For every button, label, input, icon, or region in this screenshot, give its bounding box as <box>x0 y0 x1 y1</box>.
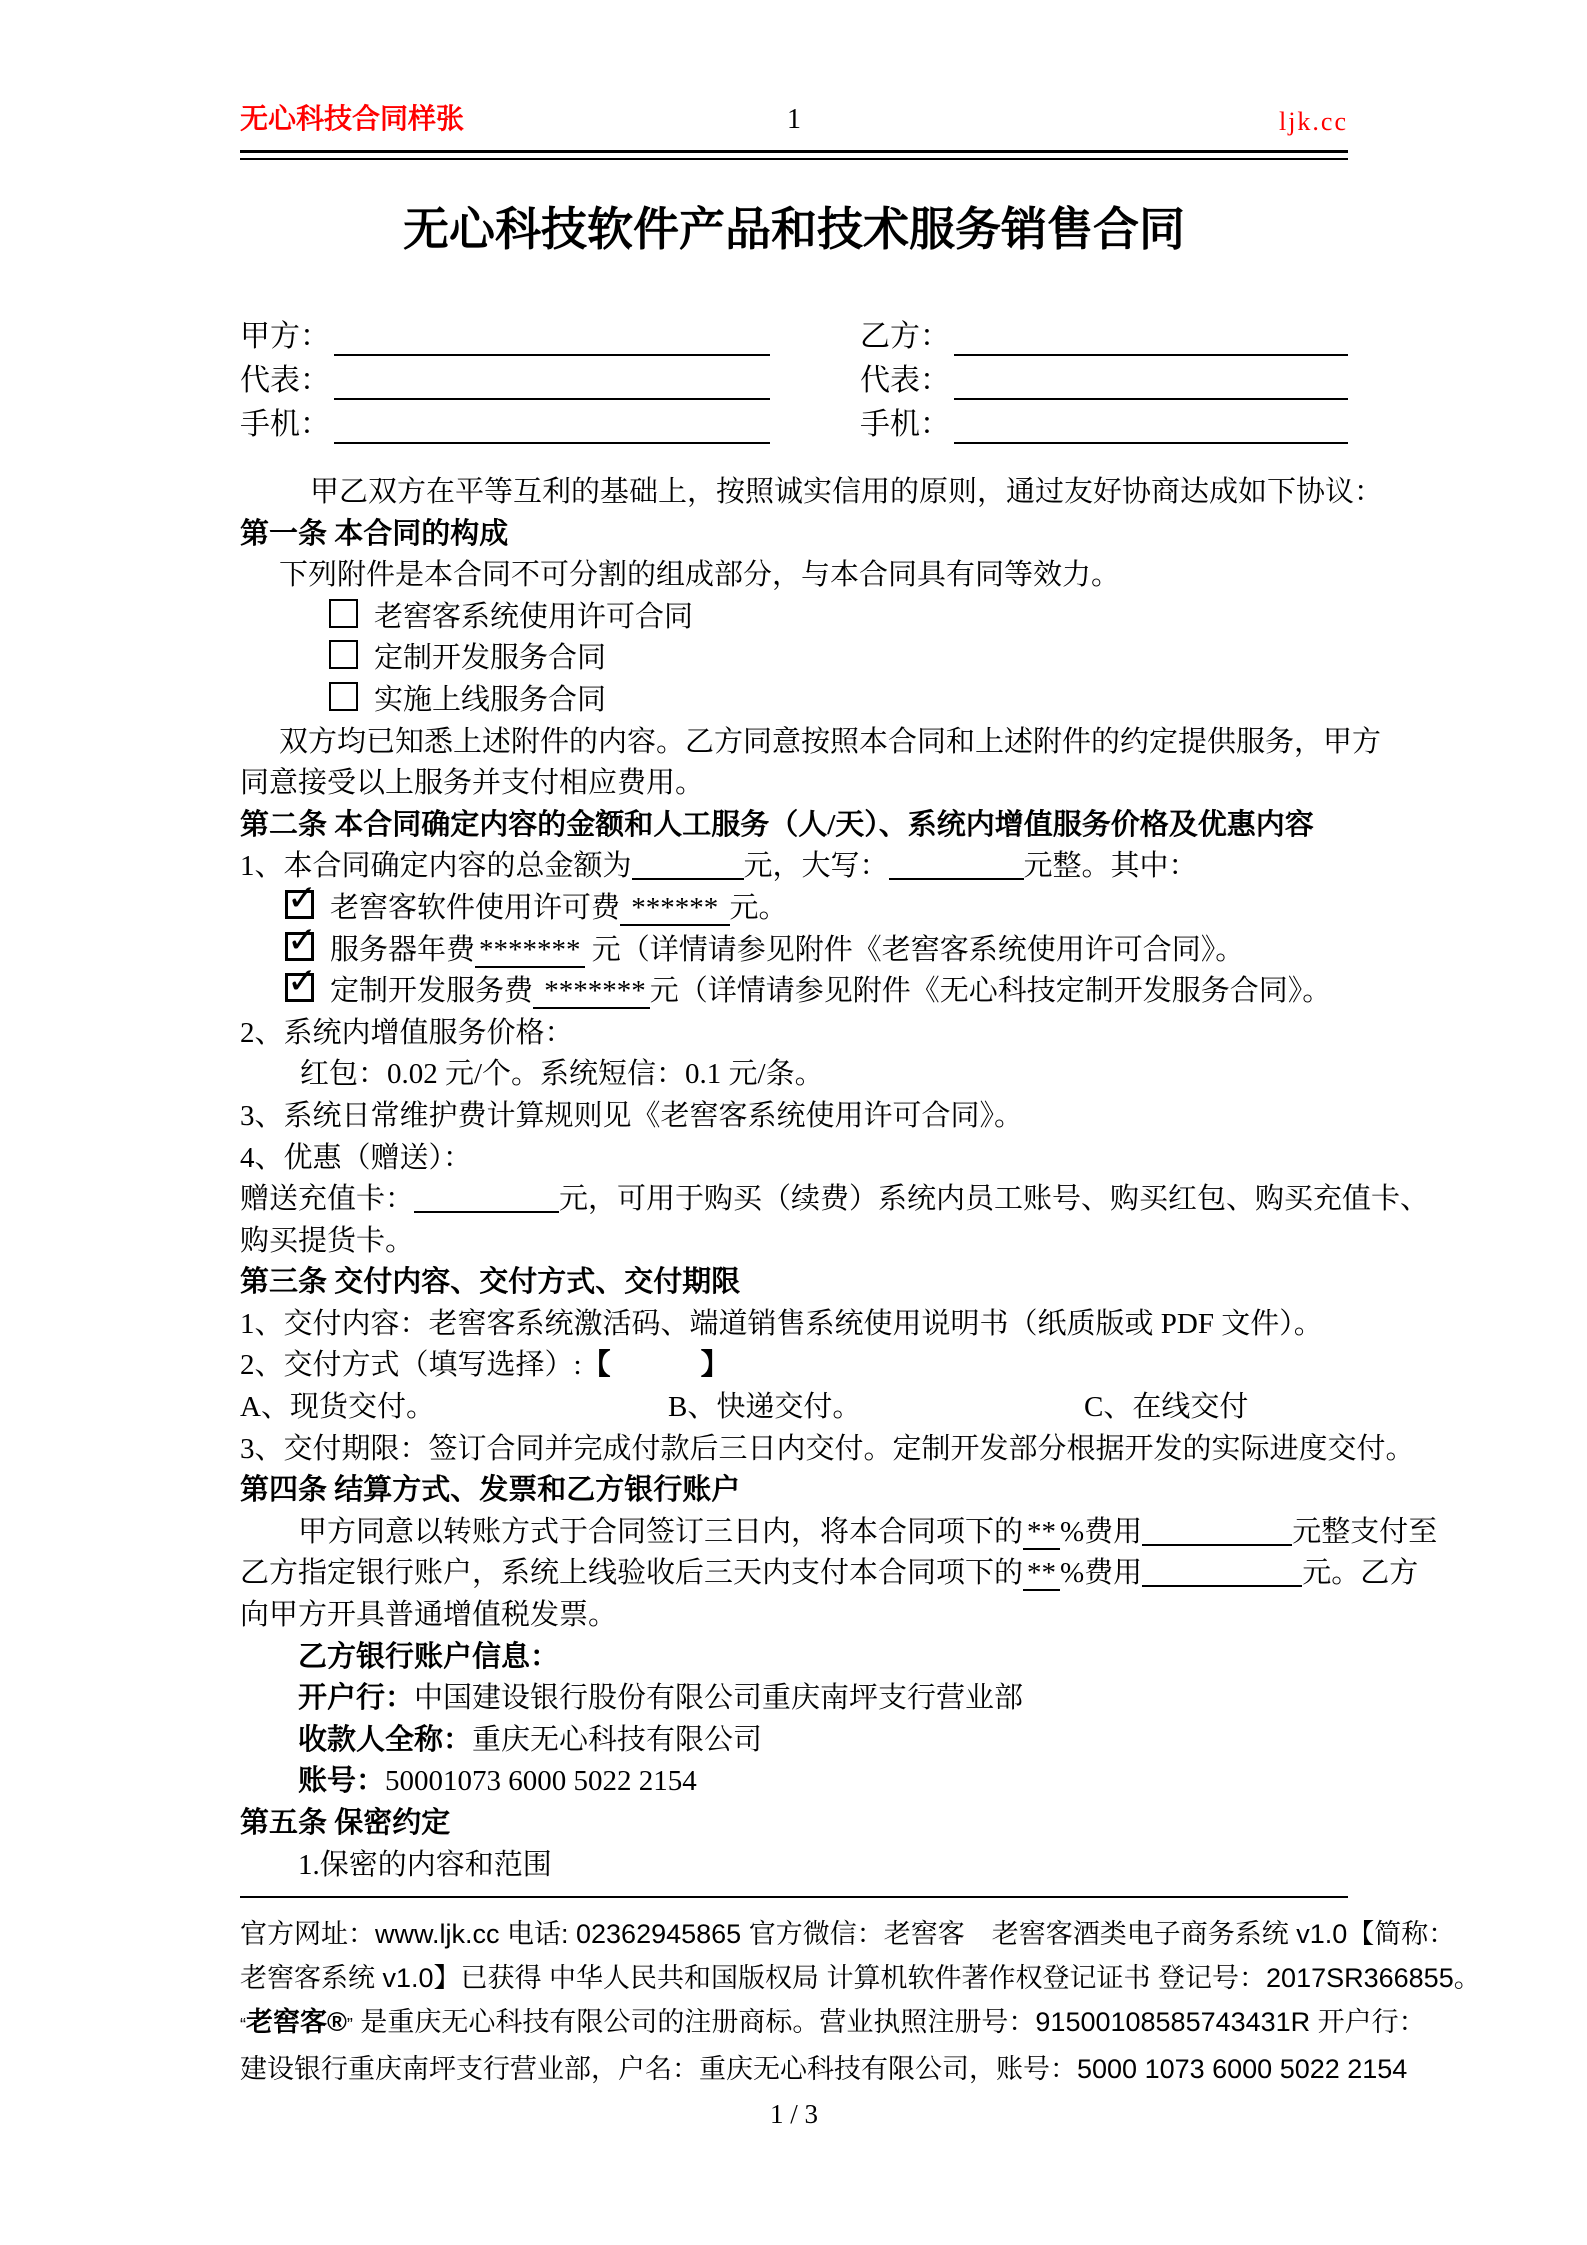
fee-label: 老窖客软件使用许可费 <box>330 892 620 924</box>
contract-body: 甲乙双方在平等互利的基础上，按照诚实信用的原则，通过友好协商达成如下协议： 第一… <box>240 472 1348 1886</box>
rep-b-label: 代表： <box>860 362 950 400</box>
pay-amount-blank-field[interactable] <box>1142 1553 1302 1587</box>
clause4-heading: 第四条 结算方式、发票和乙方银行账户 <box>240 1470 1348 1512</box>
payment-line1: 甲方同意以转账方式于合同签订三日内，将本合同项下的**%费用元整支付至 <box>240 1512 1348 1554</box>
attachment-label: 老窖客系统使用许可合同 <box>374 601 693 633</box>
pay-percent-field[interactable]: ** <box>1023 1557 1060 1591</box>
option-a: A、现货交付。 <box>240 1387 668 1429</box>
clause3-item1: 1、交付内容：老窖客系统激活码、端道销售系统使用说明书（纸质版或 PDF 文件）… <box>240 1304 1348 1346</box>
clause2-total-line: 1、本合同确定内容的总金额为元，大写：元整。其中： <box>240 846 1348 888</box>
fee-amount-field[interactable]: ******* <box>475 934 585 968</box>
phone-a-blank-field[interactable] <box>334 406 770 444</box>
clause2-item2-detail: 红包：0.02 元/个。系统短信：0.1 元/条。 <box>240 1054 1348 1096</box>
clause2-item4: 4、优惠（赠送）： <box>240 1138 1348 1180</box>
party-b-blank-field[interactable] <box>954 318 1348 356</box>
gift-amount-blank-field[interactable] <box>414 1179 559 1213</box>
party-row: 手机： 手机： <box>240 400 1348 444</box>
party-a-label: 甲方： <box>240 318 330 356</box>
attachment-label: 定制开发服务合同 <box>374 642 606 674</box>
bracket-open: 【 <box>582 1349 611 1381</box>
footer-line1: 官方网址：www.ljk.cc 电话: 02362945865 官方微信：老窖客… <box>240 1912 1348 1956</box>
total-amount-blank-field[interactable] <box>632 846 744 880</box>
checkbox-checked-icon[interactable]: ✓ <box>285 973 314 1002</box>
payment-line3: 向甲方开具普通增值税发票。 <box>240 1595 1348 1637</box>
rep-a-label: 代表： <box>240 362 330 400</box>
page-indicator: 1 / 3 <box>240 2099 1348 2130</box>
pay-text: %费用 <box>1060 1516 1142 1548</box>
fee-amount-field[interactable]: ******* <box>533 975 650 1009</box>
clause1-note-line1: 双方均已知悉上述附件的内容。乙方同意按照本合同和上述附件的约定提供服务，甲方 <box>240 722 1348 764</box>
checkbox-unchecked-icon[interactable] <box>329 682 358 711</box>
footer-line3: “老窖客®” 是重庆无心科技有限公司的注册商标。营业执照注册号：91500108… <box>240 2000 1348 2047</box>
bank-row: 账号：50001073 6000 5022 2154 <box>240 1761 1348 1803</box>
check-mark-glyph: ✓ <box>287 922 317 958</box>
gift-post: 元，可用于购买（续费）系统内员工账号、购买红包、购买充值卡、 <box>559 1183 1429 1215</box>
pay-text: 元。乙方 <box>1302 1557 1418 1589</box>
pay-amount-blank-field[interactable] <box>1142 1512 1292 1546</box>
brand-name: 老窖客® <box>246 2007 347 2037</box>
gift-line: 赠送充值卡：元，可用于购买（续费）系统内员工账号、购买红包、购买充值卡、 <box>240 1179 1348 1221</box>
delivery-options-row: A、现货交付。 B、快递交付。 C、在线交付 <box>240 1387 1348 1429</box>
header-doc-label: 无心科技合同样张 <box>240 100 464 140</box>
checkbox-unchecked-icon[interactable] <box>329 599 358 628</box>
party-b-label: 乙方： <box>860 318 950 356</box>
clause2-item2: 2、系统内增值服务价格： <box>240 1013 1348 1055</box>
fee-item: ✓老窖客软件使用许可费 ****** 元。 <box>240 888 1348 930</box>
payment-line2: 乙方指定银行账户，系统上线验收后三天内支付本合同项下的**%费用元。乙方 <box>240 1553 1348 1595</box>
phone-a-label: 手机： <box>240 406 330 444</box>
clause5-heading: 第五条 保密约定 <box>240 1803 1348 1845</box>
check-mark-glyph: ✓ <box>287 963 317 999</box>
attachment-item: 实施上线服务合同 <box>240 680 1348 722</box>
clause1-lead: 下列附件是本合同不可分割的组成部分，与本合同具有同等效力。 <box>240 555 1348 597</box>
total-mid: 元，大写： <box>744 850 889 882</box>
attachment-item: 老窖客系统使用许可合同 <box>240 597 1348 639</box>
delivery-method-label: 2、交付方式（填写选择）: <box>240 1349 582 1381</box>
party-row: 代表： 代表： <box>240 356 1348 400</box>
clause5-item1: 1.保密的内容和范围 <box>240 1845 1348 1887</box>
phone-b-label: 手机： <box>860 406 950 444</box>
header-page-number: 1 <box>787 100 801 140</box>
contract-page: 无心科技合同样张 1 ljk.cc 无心科技软件产品和技术服务销售合同 甲方： … <box>0 0 1587 2245</box>
check-mark-glyph: ✓ <box>287 880 317 916</box>
pay-text: 甲方同意以转账方式于合同签订三日内，将本合同项下的 <box>298 1516 1023 1548</box>
clause2-item3: 3、系统日常维护费计算规则见《老窖客系统使用许可合同》。 <box>240 1096 1348 1138</box>
option-c: C、在线交付 <box>1084 1387 1348 1429</box>
clause3-item2: 2、交付方式（填写选择）:【】 <box>240 1345 1348 1387</box>
pay-text: 乙方指定银行账户，系统上线验收后三天内支付本合同项下的 <box>240 1557 1023 1589</box>
clause3-heading: 第三条 交付内容、交付方式、交付期限 <box>240 1262 1348 1304</box>
clause1-heading: 第一条 本合同的构成 <box>240 514 1348 556</box>
fee-tail: 元（详情请参见附件《无心科技定制开发服务合同》。 <box>650 975 1332 1007</box>
fee-item: ✓服务器年费******* 元（详情请参见附件《老窖客系统使用许可合同》。 <box>240 930 1348 972</box>
fee-label: 服务器年费 <box>330 934 475 966</box>
checkbox-unchecked-icon[interactable] <box>329 640 358 669</box>
footer-line3-rest: 是重庆无心科技有限公司的注册商标。营业执照注册号：915001085857434… <box>353 2007 1426 2037</box>
header-site-text: ljk.cc <box>1279 102 1348 142</box>
fee-label: 定制开发服务费 <box>330 975 533 1007</box>
fee-item: ✓定制开发服务费 *******元（详情请参见附件《无心科技定制开发服务合同》。 <box>240 971 1348 1013</box>
option-b: B、快递交付。 <box>668 1387 1084 1429</box>
attachment-label: 实施上线服务合同 <box>374 684 606 716</box>
total-words-blank-field[interactable] <box>889 846 1024 880</box>
payee-value: 重庆无心科技有限公司 <box>472 1724 762 1756</box>
attachment-item: 定制开发服务合同 <box>240 638 1348 680</box>
bank-row: 开户行：中国建设银行股份有限公司重庆南坪支行营业部 <box>240 1678 1348 1720</box>
pay-text: %费用 <box>1060 1557 1142 1589</box>
party-row: 甲方： 乙方： <box>240 312 1348 356</box>
total-post: 元整。其中： <box>1024 850 1198 882</box>
payee-label: 收款人全称： <box>298 1724 472 1756</box>
bank-row: 收款人全称：重庆无心科技有限公司 <box>240 1720 1348 1762</box>
fee-tail: 元（详情请参见附件《老窖客系统使用许可合同》。 <box>585 934 1245 966</box>
page-footer: 官方网址：www.ljk.cc 电话: 02362945865 官方微信：老窖客… <box>240 1912 1348 2091</box>
header-divider <box>240 150 1348 160</box>
clause2-heading: 第二条 本合同确定内容的金额和人工服务（人/天）、系统内增值服务价格及优惠内容 <box>240 805 1348 847</box>
page-header: 无心科技合同样张 1 ljk.cc <box>240 100 1348 140</box>
account-value: 50001073 6000 5022 2154 <box>385 1765 697 1797</box>
party-a-blank-field[interactable] <box>334 318 770 356</box>
intro-paragraph: 甲乙双方在平等互利的基础上，按照诚实信用的原则，通过友好协商达成如下协议： <box>240 472 1348 514</box>
rep-a-blank-field[interactable] <box>334 362 770 400</box>
footer-line4: 建设银行重庆南坪支行营业部，户名：重庆无心科技有限公司，账号：5000 1073… <box>240 2047 1348 2091</box>
clause1-note-line2: 同意接受以上服务并支付相应费用。 <box>240 763 1348 805</box>
pay-text: 元整支付至 <box>1292 1516 1437 1548</box>
bank-label: 开户行： <box>298 1682 414 1714</box>
gift-pre: 赠送充值卡： <box>240 1183 414 1215</box>
checkbox-checked-icon[interactable]: ✓ <box>285 932 314 961</box>
party-form: 甲方： 乙方： 代表： 代表： 手机： 手机： <box>240 312 1348 444</box>
fee-amount-field[interactable]: ****** <box>620 892 730 926</box>
footer-divider <box>240 1896 1348 1898</box>
footer-line2: 老窖客系统 v1.0】已获得 中华人民共和国版权局 计算机软件著作权登记证书 登… <box>240 1956 1348 2000</box>
account-label: 账号： <box>298 1765 385 1797</box>
rep-b-blank-field[interactable] <box>954 362 1348 400</box>
contract-title: 无心科技软件产品和技术服务销售合同 <box>240 200 1348 260</box>
gift-line-cont: 购买提货卡。 <box>240 1221 1348 1263</box>
bank-value: 中国建设银行股份有限公司重庆南坪支行营业部 <box>414 1682 1023 1714</box>
clause3-item3: 3、交付期限：签订合同并完成付款后三日内交付。定制开发部分根据开发的实际进度交付… <box>240 1429 1348 1471</box>
checkbox-checked-icon[interactable]: ✓ <box>285 890 314 919</box>
pay-percent-field[interactable]: ** <box>1023 1516 1060 1550</box>
phone-b-blank-field[interactable] <box>954 406 1348 444</box>
fee-tail: 元。 <box>730 892 788 924</box>
bracket-close: 】 <box>701 1349 730 1381</box>
bank-info-title: 乙方银行账户信息： <box>240 1637 1348 1679</box>
